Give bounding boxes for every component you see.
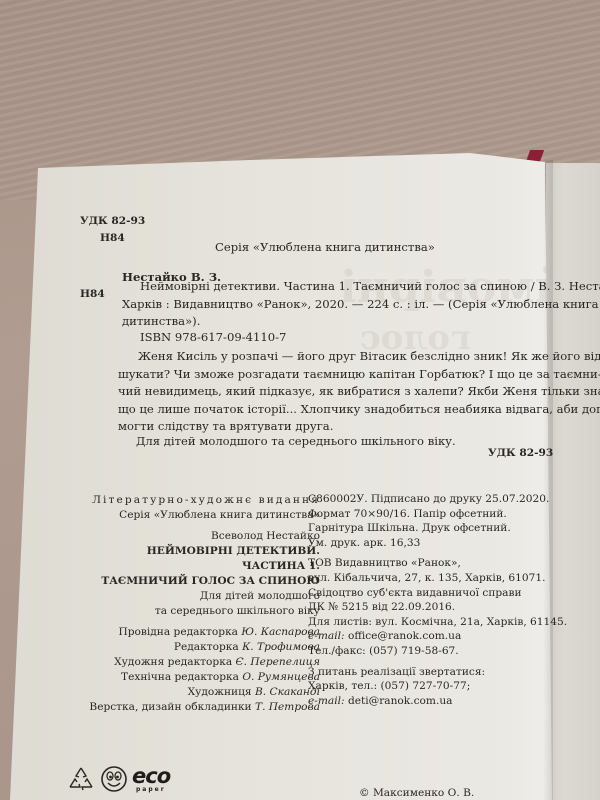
colophon-audience-2: та середнього шкільного віку [89, 604, 320, 619]
print-line: С860002У. Підписано до друку 25.07.2020. [308, 492, 567, 507]
colophon-right: С860002У. Підписано до друку 25.07.2020.… [308, 492, 567, 708]
publisher-line: ДК № 5215 від 22.09.2016. [308, 600, 567, 615]
office-email: e-mail: office@ranok.com.ua [308, 629, 567, 644]
annotation-line: що це лише початок історії... Хлопчику з… [118, 401, 542, 419]
credit-illustrator: Художниця В. Скаканді [89, 685, 320, 700]
author-mark: Н84 [100, 232, 125, 244]
phone-fax: Тел./факс: (057) 719-58-67. [308, 644, 567, 659]
audience-note: Для дітей молодшого та середнього шкільн… [136, 434, 456, 448]
credit-lead-editor: Провідна редакторка Ю. Каспарова [89, 625, 320, 640]
edition-type: Літературно-художнє видання [89, 493, 320, 508]
sales-phone: Харків, тел.: (057) 727-70-77; [308, 679, 567, 694]
annotation-line: шукати? Чи зможе розгадати таємницю капі… [118, 366, 542, 384]
colophon-left: Літературно-художнє видання Серія «Улюбл… [89, 493, 320, 715]
credit-editor: Редакторка К. Трофимова [89, 640, 320, 655]
series-title: Серія «Улюблена книга дитинства» [215, 240, 435, 254]
annotation-line: Женя Кисіль у розпачі — його друг Вітаси… [118, 348, 542, 366]
udk-code: УДК 82-93 [80, 215, 145, 227]
eco-paper-logo: eco paper [132, 766, 170, 793]
colophon-author: Всеволод Нестайко [89, 529, 320, 544]
colophon-series: Серія «Улюблена книга дитинства» [89, 508, 320, 523]
publisher-line: Для листів: вул. Космічна, 21а, Харків, … [308, 615, 567, 630]
sales-email: e-mail: deti@ranok.com.ua [308, 694, 567, 709]
catalog-citation: Неймовірні детективи. Частина 1. Таємнич… [122, 278, 540, 331]
smiley-icon [100, 764, 128, 794]
colophon-title-3: ТАЄМНИЧИЙ ГОЛОС ЗА СПИНОЮ [89, 574, 320, 589]
eco-logos: eco paper [66, 764, 170, 794]
print-line: Формат 70×90/16. Папір офсетний. [308, 507, 567, 522]
publisher-line: вул. Кібальчича, 27, к. 135, Харків, 610… [308, 571, 567, 586]
margin-author-mark: Н84 [80, 288, 105, 300]
colophon-title-2: ЧАСТИНА 1. [89, 559, 320, 574]
copyright: © Максименко О. В. [359, 787, 474, 799]
isbn: ISBN 978-617-09-4110-7 [140, 330, 286, 344]
annotation: Женя Кисіль у розпачі — його друг Вітаси… [118, 348, 542, 436]
credit-art-editor: Художня редакторка Є. Перепелиця [89, 655, 320, 670]
recycle-icon [66, 765, 96, 793]
citation-line: Неймовірні детективи. Частина 1. Таємнич… [122, 278, 540, 296]
annotation-line: чий невидимець, який підказує, як вибрат… [118, 383, 542, 401]
print-line: Гарнітура Шкільна. Друк офсетний. [308, 521, 567, 536]
citation-line: Харків : Видавництво «Ранок», 2020. — 22… [122, 296, 540, 314]
udk-code-right: УДК 82-93 [488, 447, 553, 459]
credit-tech-editor: Технічна редакторка О. Румянцева [89, 670, 320, 685]
citation-line: дитинства»). [122, 313, 540, 331]
credit-layout-cover: Верстка, дизайн обкладинки Т. Петрова [89, 700, 320, 715]
publisher-line: ТОВ Видавництво «Ранок», [308, 556, 567, 571]
annotation-line: могти слідству та врятувати друга. [118, 418, 542, 436]
sales-contact: З питань реалізації звертатися: [308, 665, 567, 680]
print-line: Ум. друк. арк. 16,33 [308, 536, 567, 551]
publisher-line: Свідоцтво суб'єкта видавничої справи [308, 586, 567, 601]
colophon-title-1: НЕЙМОВІРНІ ДЕТЕКТИВИ. [89, 544, 320, 559]
colophon-audience-1: Для дітей молодшого [89, 589, 320, 604]
